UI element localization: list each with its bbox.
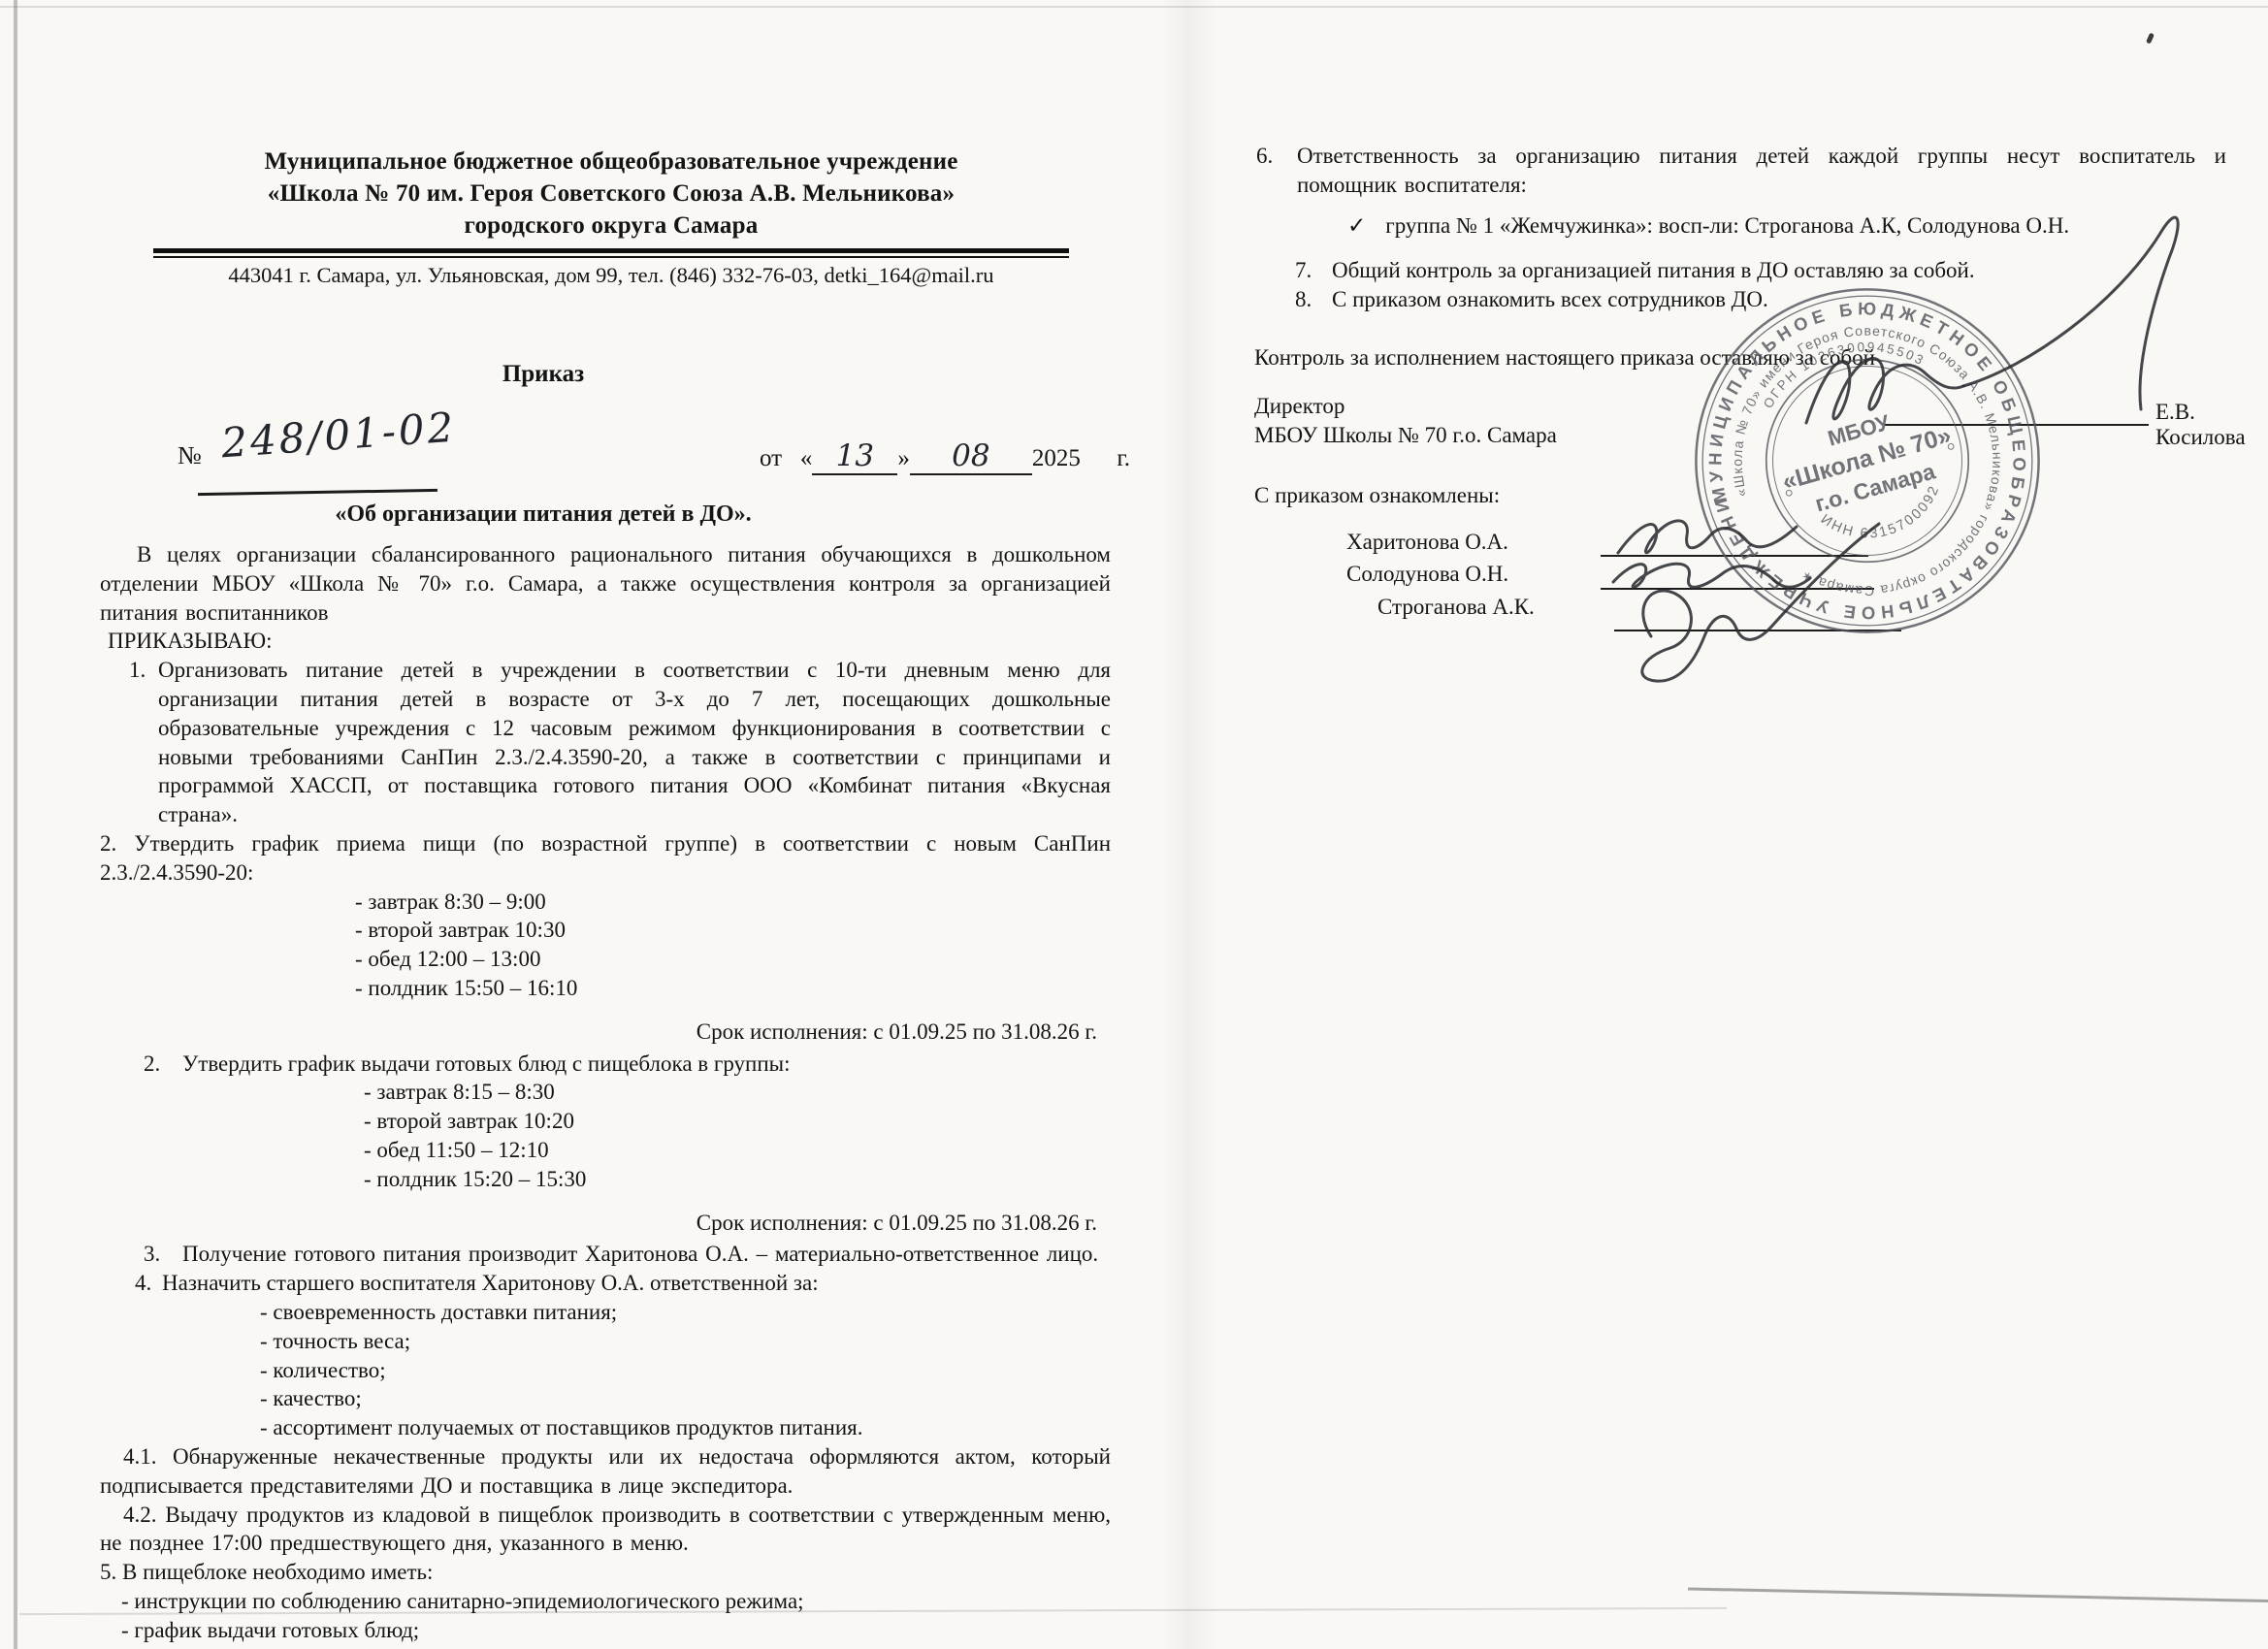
responsibility-row: - качество; xyxy=(100,1384,1111,1413)
list-item-1: 1. Организовать питание детей в учрежден… xyxy=(100,656,1111,829)
order-date-line: от «13»082025 г. xyxy=(760,438,1130,475)
org-name-line3: городского округа Самара xyxy=(146,210,1077,242)
org-name-line2: «Школа № 70 им. Героя Советского Союза А… xyxy=(146,178,1077,210)
order-body: В целях организации сбалансированного ра… xyxy=(100,540,1111,1644)
ink-speck xyxy=(2146,32,2155,44)
org-address: 443041 г. Самара, ул. Ульяновская, дом 9… xyxy=(146,262,1077,289)
acknowledged-name-2: Солодунова О.Н. xyxy=(1346,562,1508,587)
item-6-number: 6. xyxy=(1256,142,1273,171)
meal-schedule-row: - завтрак 8:30 – 9:00 xyxy=(100,888,1111,917)
serving-schedule-row: - второй завтрак 10:20 xyxy=(100,1107,1111,1136)
meal-schedule-row: - второй завтрак 10:30 xyxy=(100,916,1111,945)
list-item-4-1: 4.1. Обнаруженные некачественные продукт… xyxy=(100,1442,1111,1501)
meal-schedule-row: - полдник 15:50 – 16:10 xyxy=(100,974,1111,1003)
group-check-text: группа № 1 «Жемчужинка»: восп-ли: Строга… xyxy=(1385,213,2069,238)
list-item-4-2: 4.2. Выдачу продуктов из кладовой в пище… xyxy=(100,1501,1111,1559)
scan-edge-left xyxy=(14,0,17,1649)
list-item-4: 4. Назначить старшего воспитателя Харито… xyxy=(100,1269,1111,1298)
checkmark-icon: ✓ xyxy=(1347,211,1366,241)
item-8-number: 8. xyxy=(1295,285,1312,314)
organization-header: Муниципальное бюджетное общеобразователь… xyxy=(146,145,1077,289)
list-item-5: 5. В пищеблоке необходимо иметь: xyxy=(100,1558,1111,1587)
responsibility-row: - своевременность доставки питания; xyxy=(100,1298,1111,1327)
order-subject: «Об организации питания детей в ДО». xyxy=(146,501,941,528)
item-6-text: Ответственность за организацию питания д… xyxy=(1297,144,2226,197)
date-month-handwritten: 08 xyxy=(952,438,989,473)
date-from-label: от xyxy=(760,445,782,471)
list-item-3: 3. Получение готового питания производит… xyxy=(100,1240,1111,1269)
date-day-handwritten: 13 xyxy=(836,438,874,473)
director-name: Е.В. Косилова xyxy=(2155,400,2268,450)
responsibility-row: - точность веса; xyxy=(100,1327,1111,1356)
page-fold-shadow xyxy=(1159,0,1217,1649)
meal-schedule-row: - обед 12:00 – 13:00 xyxy=(100,945,1111,974)
date-quote-close: » xyxy=(897,445,910,471)
order-number-label: № xyxy=(178,441,202,470)
round-stamp: МУНИЦИПАЛЬНОЕ БЮДЖЕТНОЕ ОБЩЕОБРАЗОВАТЕЛЬ… xyxy=(1680,274,2055,648)
date-year: 2025 xyxy=(1032,445,1081,471)
header-rule xyxy=(153,248,1069,258)
item-1-text: Организовать питание детей в учреждении … xyxy=(158,658,1111,826)
list-item-2b: 2. Утвердить график выдачи готовых блюд … xyxy=(100,1050,1111,1079)
item-4-number: 4. xyxy=(135,1269,151,1298)
list-item-6: 6. Ответственность за организацию питани… xyxy=(1254,142,2226,200)
org-name-line1: Муниципальное бюджетное общеобразователь… xyxy=(146,145,1077,178)
acknowledged-name-3: Строганова А.К. xyxy=(1377,595,1535,620)
item-7-number: 7. xyxy=(1295,256,1312,285)
order-title: Приказ xyxy=(146,361,941,388)
due-period-2: Срок исполнения: с 01.09.25 по 31.08.26 … xyxy=(100,1209,1111,1238)
scan-edge-bottom xyxy=(1688,1588,2268,1603)
date-year-suffix: г. xyxy=(1117,445,1130,471)
order-number-underline xyxy=(198,489,437,496)
intro-paragraph: В целях организации сбалансированного ра… xyxy=(100,540,1111,627)
order-number-handwritten: 248/01-02 xyxy=(220,404,458,468)
kitchen-requirement-row: - график выдачи готовых блюд; xyxy=(100,1616,1111,1645)
item-3-text: Получение готового питания производит Ха… xyxy=(182,1242,1098,1266)
item-2b-text: Утвердить график выдачи готовых блюд с п… xyxy=(182,1051,791,1076)
scanned-order-document: Муниципальное бюджетное общеобразователь… xyxy=(0,0,2268,1649)
serving-schedule-row: - полдник 15:20 – 15:30 xyxy=(100,1165,1111,1194)
responsibility-row: - ассортимент получаемых от поставщиков … xyxy=(100,1413,1111,1442)
item-1-number: 1. xyxy=(129,656,146,685)
acknowledged-name-1: Харитонова О.А. xyxy=(1346,530,1508,555)
kitchen-requirement-row: - инструкции по соблюдению санитарно-эпи… xyxy=(100,1587,1111,1616)
date-quote-open: « xyxy=(800,445,813,471)
due-period-1: Срок исполнения: с 01.09.25 по 31.08.26 … xyxy=(100,1018,1111,1047)
decree-word: ПРИКАЗЫВАЮ: xyxy=(108,627,1111,656)
group-check-row: ✓группа № 1 «Жемчужинка»: восп-ли: Строг… xyxy=(1254,211,2226,241)
list-item-2a: 2. Утвердить график приема пищи (по возр… xyxy=(100,829,1111,888)
serving-schedule-row: - обед 11:50 – 12:10 xyxy=(100,1136,1111,1165)
scan-edge-top xyxy=(0,6,2268,8)
item-4-text: Назначить старшего воспитателя Харитонов… xyxy=(162,1271,819,1295)
item-2b-number: 2. xyxy=(144,1050,160,1079)
item-3-number: 3. xyxy=(144,1240,160,1269)
responsibility-row: - количество; xyxy=(100,1356,1111,1385)
serving-schedule-row: - завтрак 8:15 – 8:30 xyxy=(100,1078,1111,1107)
